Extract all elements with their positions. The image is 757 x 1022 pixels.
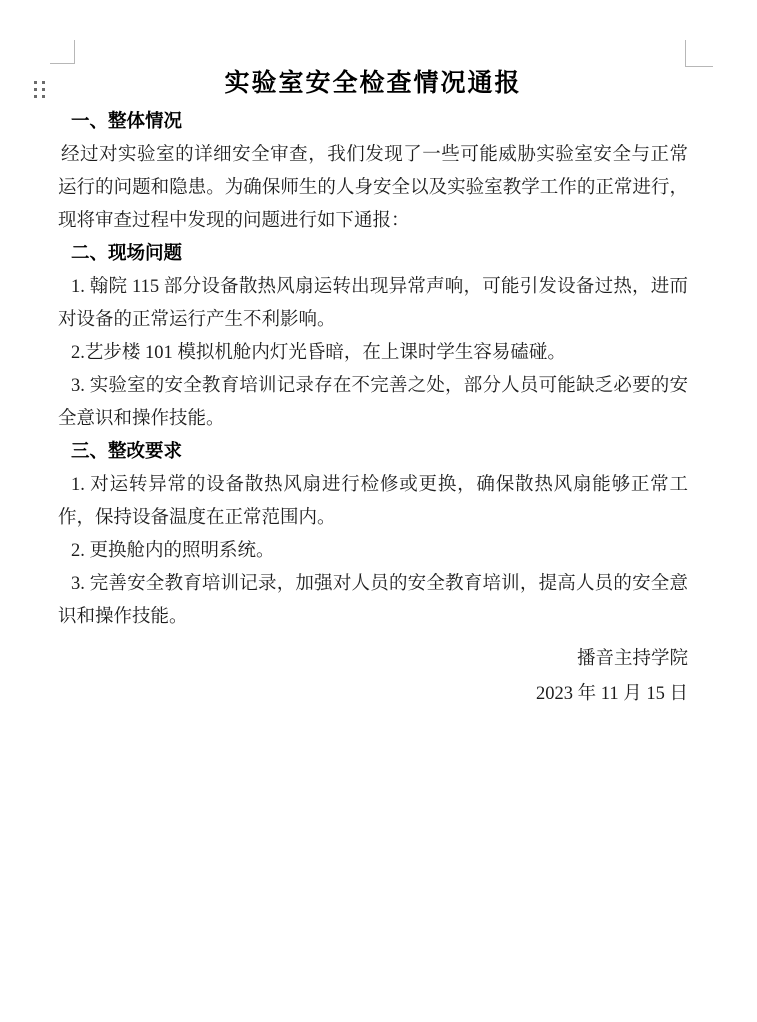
section-heading-requirements: 三、整改要求 (58, 436, 688, 469)
overall-paragraph: 经过对实验室的详细安全审查，我们发现了一些可能威胁实验室安全与正常运行的问题和隐… (58, 139, 688, 238)
signature-department: 播音主持学院 (58, 642, 688, 677)
requirement-item-3: 3. 完善安全教育培训记录，加强对人员的安全教育培训，提高人员的安全意识和操作技… (58, 568, 688, 634)
text-boundary-mark-top-right (685, 40, 713, 67)
drag-handle-dot (42, 88, 45, 91)
problem-item-2: 2.艺步楼 101 模拟机舱内灯光昏暗，在上课时学生容易磕碰。 (58, 337, 688, 370)
signature-date: 2023 年 11 月 15 日 (58, 677, 688, 712)
problem-item-3: 3. 实验室的安全教育培训记录存在不完善之处，部分人员可能缺乏必要的安全意识和操… (58, 370, 688, 436)
requirement-item-1: 1. 对运转异常的设备散热风扇进行检修或更换，确保散热风扇能够正常工作，保持设备… (58, 469, 688, 535)
document-body: 实验室安全检查情况通报 一、整体情况 经过对实验室的详细安全审查，我们发现了一些… (58, 66, 688, 712)
section-heading-problems: 二、现场问题 (58, 238, 688, 271)
signature-block: 播音主持学院 2023 年 11 月 15 日 (58, 642, 688, 712)
requirement-item-2: 2. 更换舱内的照明系统。 (58, 535, 688, 568)
text-boundary-mark-top-left (50, 40, 75, 64)
section-heading-overall: 一、整体情况 (58, 106, 688, 139)
drag-handle-dot (34, 88, 37, 91)
document-title: 实验室安全检查情况通报 (58, 66, 688, 102)
drag-handle-dot (34, 95, 37, 98)
drag-handle-dot (34, 81, 37, 84)
document-page[interactable]: 实验室安全检查情况通报 一、整体情况 经过对实验室的详细安全审查，我们发现了一些… (0, 0, 757, 1022)
drag-handle-dot (42, 81, 45, 84)
drag-handle-icon[interactable] (34, 81, 45, 98)
drag-handle-dot (42, 95, 45, 98)
problem-item-1: 1. 翰院 115 部分设备散热风扇运转出现异常声响，可能引发设备过热，进而对设… (58, 271, 688, 337)
